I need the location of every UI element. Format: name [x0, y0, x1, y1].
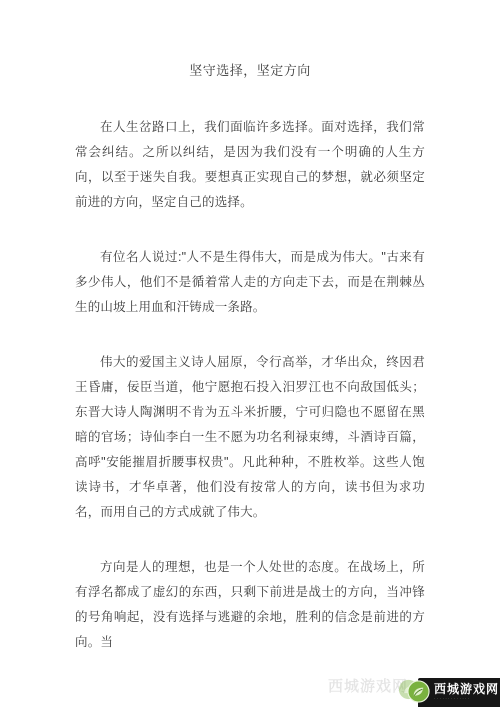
site-name: 西城游戏网: [434, 683, 500, 696]
paragraph-3: 伟大的爱国主义诗人屈原，令行高举，才华出众，终因君王昏庸，佞臣当道，他宁愿抱石投…: [75, 350, 425, 525]
leaf-icon: [407, 680, 430, 703]
site-subtext: ·············: [434, 696, 492, 702]
paragraph-1: 在人生岔路口上，我们面临许多选择。面对选择，我们常常会纠结。之所以纠结，是因为我…: [75, 115, 425, 215]
ghost-watermark-text: 西城游戏网: [328, 675, 408, 696]
page-title: 坚守选择，坚定方向: [75, 58, 425, 83]
document-page: 坚守选择，坚定方向 在人生岔路口上，我们面临许多选择。面对选择，我们常常会纠结。…: [0, 0, 500, 707]
paragraph-2: 有位名人说过:"人不是生得伟大，而是成为伟大。"古来有多少伟人，他们不是循着常人…: [75, 245, 425, 320]
site-watermark-badge: 西城游戏网 ·············: [418, 678, 500, 707]
paragraph-4: 方向是人的理想，也是一个人处世的态度。在战场上，所有浮名都成了虚幻的东西，只剩下…: [75, 555, 425, 655]
document-content: 坚守选择，坚定方向 在人生岔路口上，我们面临许多选择。面对选择，我们常常会纠结。…: [0, 0, 500, 655]
